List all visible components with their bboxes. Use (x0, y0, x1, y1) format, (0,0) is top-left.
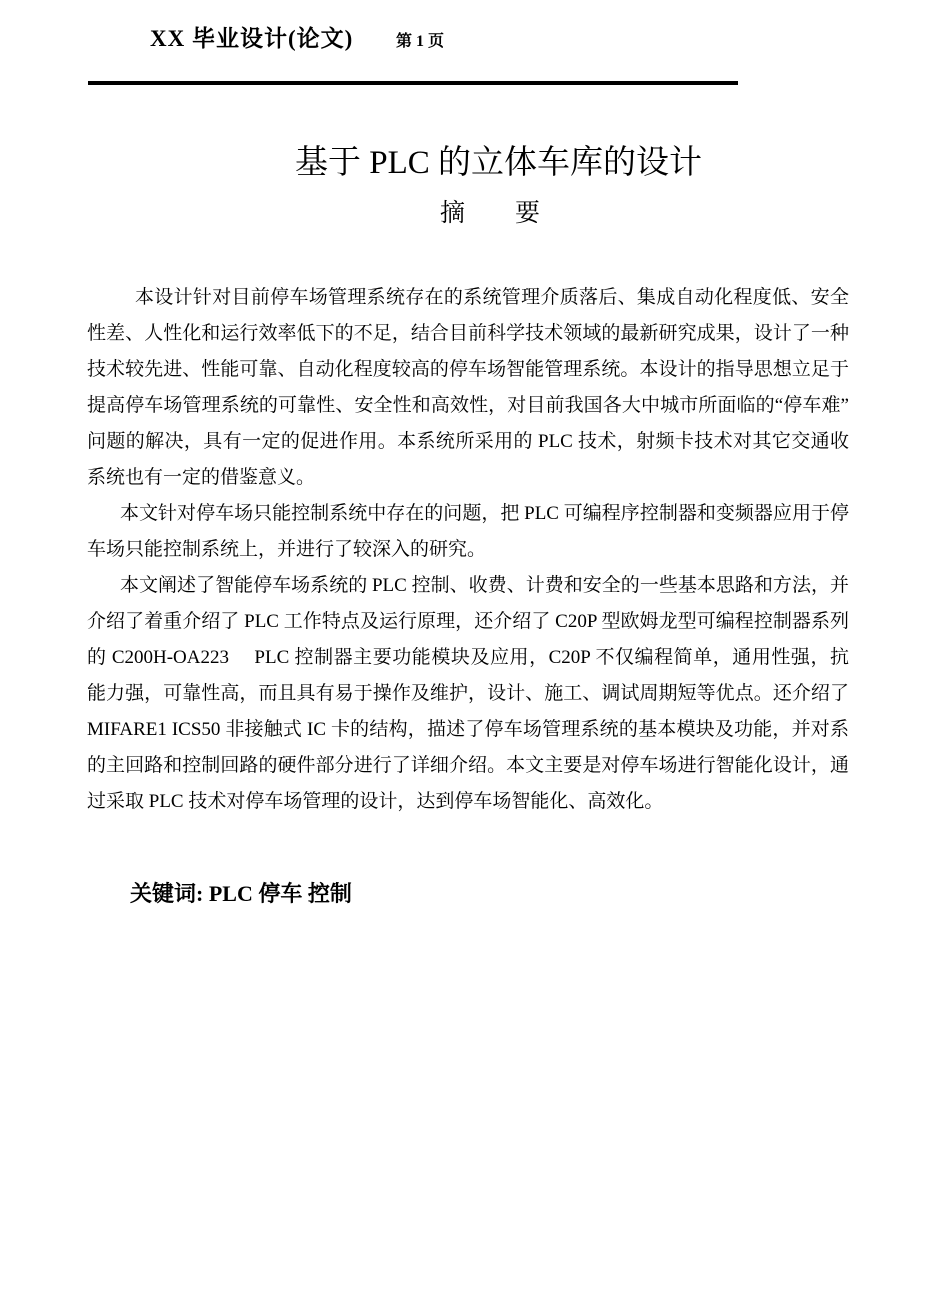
paragraph-line: 性差、人性化和运行效率低下的不足，结合目前科学技术领域的最新研究成果，设计了一种 (87, 316, 849, 352)
document-page: XX 毕业设计(论文) 第 1 页 基于 PLC 的立体车库的设计 摘 要 本设… (0, 0, 926, 1310)
paragraph: 本文阐述了智能停车场系统的 PLC 控制、收费、计费和安全的一些基本思路和方法，… (87, 568, 849, 820)
abstract-heading: 摘 要 (440, 200, 540, 229)
header-divider-rule (88, 81, 738, 85)
paragraph-line: 过采取 PLC 技术对停车场管理的设计，达到停车场智能化、高效化。 (87, 784, 849, 820)
paragraph-line: 的 C200H-OA223 PLC 控制器主要功能模块及应用，C20P 不仅编程… (87, 640, 849, 676)
keywords-line: 关键词: PLC 停车 控制 (130, 877, 352, 908)
header-page-number: 第 1 页 (396, 28, 444, 51)
document-title: 基于 PLC 的立体车库的设计 (295, 145, 702, 183)
paragraph-line: 提高停车场管理系统的可靠性、安全性和高效性，对目前我国各大中城市所面临的“停车难… (87, 388, 849, 424)
paragraph-line: 技术较先进、性能可靠、自动化程度较高的停车场智能管理系统。本设计的指导思想立足于 (87, 352, 849, 388)
paragraph-line: 能力强，可靠性高，而且具有易于操作及维护，设计、施工、调试周期短等优点。还介绍了 (87, 676, 849, 712)
abstract-body: 本设计针对目前停车场管理系统存在的系统管理介质落后、集成自动化程度低、安全性差、… (87, 280, 849, 820)
paragraph: 本设计针对目前停车场管理系统存在的系统管理介质落后、集成自动化程度低、安全性差、… (87, 280, 849, 496)
paragraph-line: 车场只能控制系统上，并进行了较深入的研究。 (87, 532, 849, 568)
paragraph-line: 介绍了着重介绍了 PLC 工作特点及运行原理，还介绍了 C20P 型欧姆龙型可编… (87, 604, 849, 640)
paragraph-line: MIFARE1 ICS50 非接触式 IC 卡的结构，描述了停车场管理系统的基本… (87, 712, 849, 748)
paragraph: 本文针对停车场只能控制系统中存在的问题，把 PLC 可编程序控制器和变频器应用于… (87, 496, 849, 568)
paragraph-line: 系统也有一定的借鉴意义。 (87, 460, 849, 496)
paragraph-line: 本设计针对目前停车场管理系统存在的系统管理介质落后、集成自动化程度低、安全 (87, 280, 849, 316)
header-title: XX 毕业设计(论文) (150, 20, 353, 53)
paragraph-line: 问题的解决，具有一定的促进作用。本系统所采用的 PLC 技术，射频卡技术对其它交… (87, 424, 849, 460)
paragraph-line: 本文针对停车场只能控制系统中存在的问题，把 PLC 可编程序控制器和变频器应用于… (87, 496, 849, 532)
paragraph-line: 本文阐述了智能停车场系统的 PLC 控制、收费、计费和安全的一些基本思路和方法，… (87, 568, 849, 604)
paragraph-line: 的主回路和控制回路的硬件部分进行了详细介绍。本文主要是对停车场进行智能化设计，通 (87, 748, 849, 784)
